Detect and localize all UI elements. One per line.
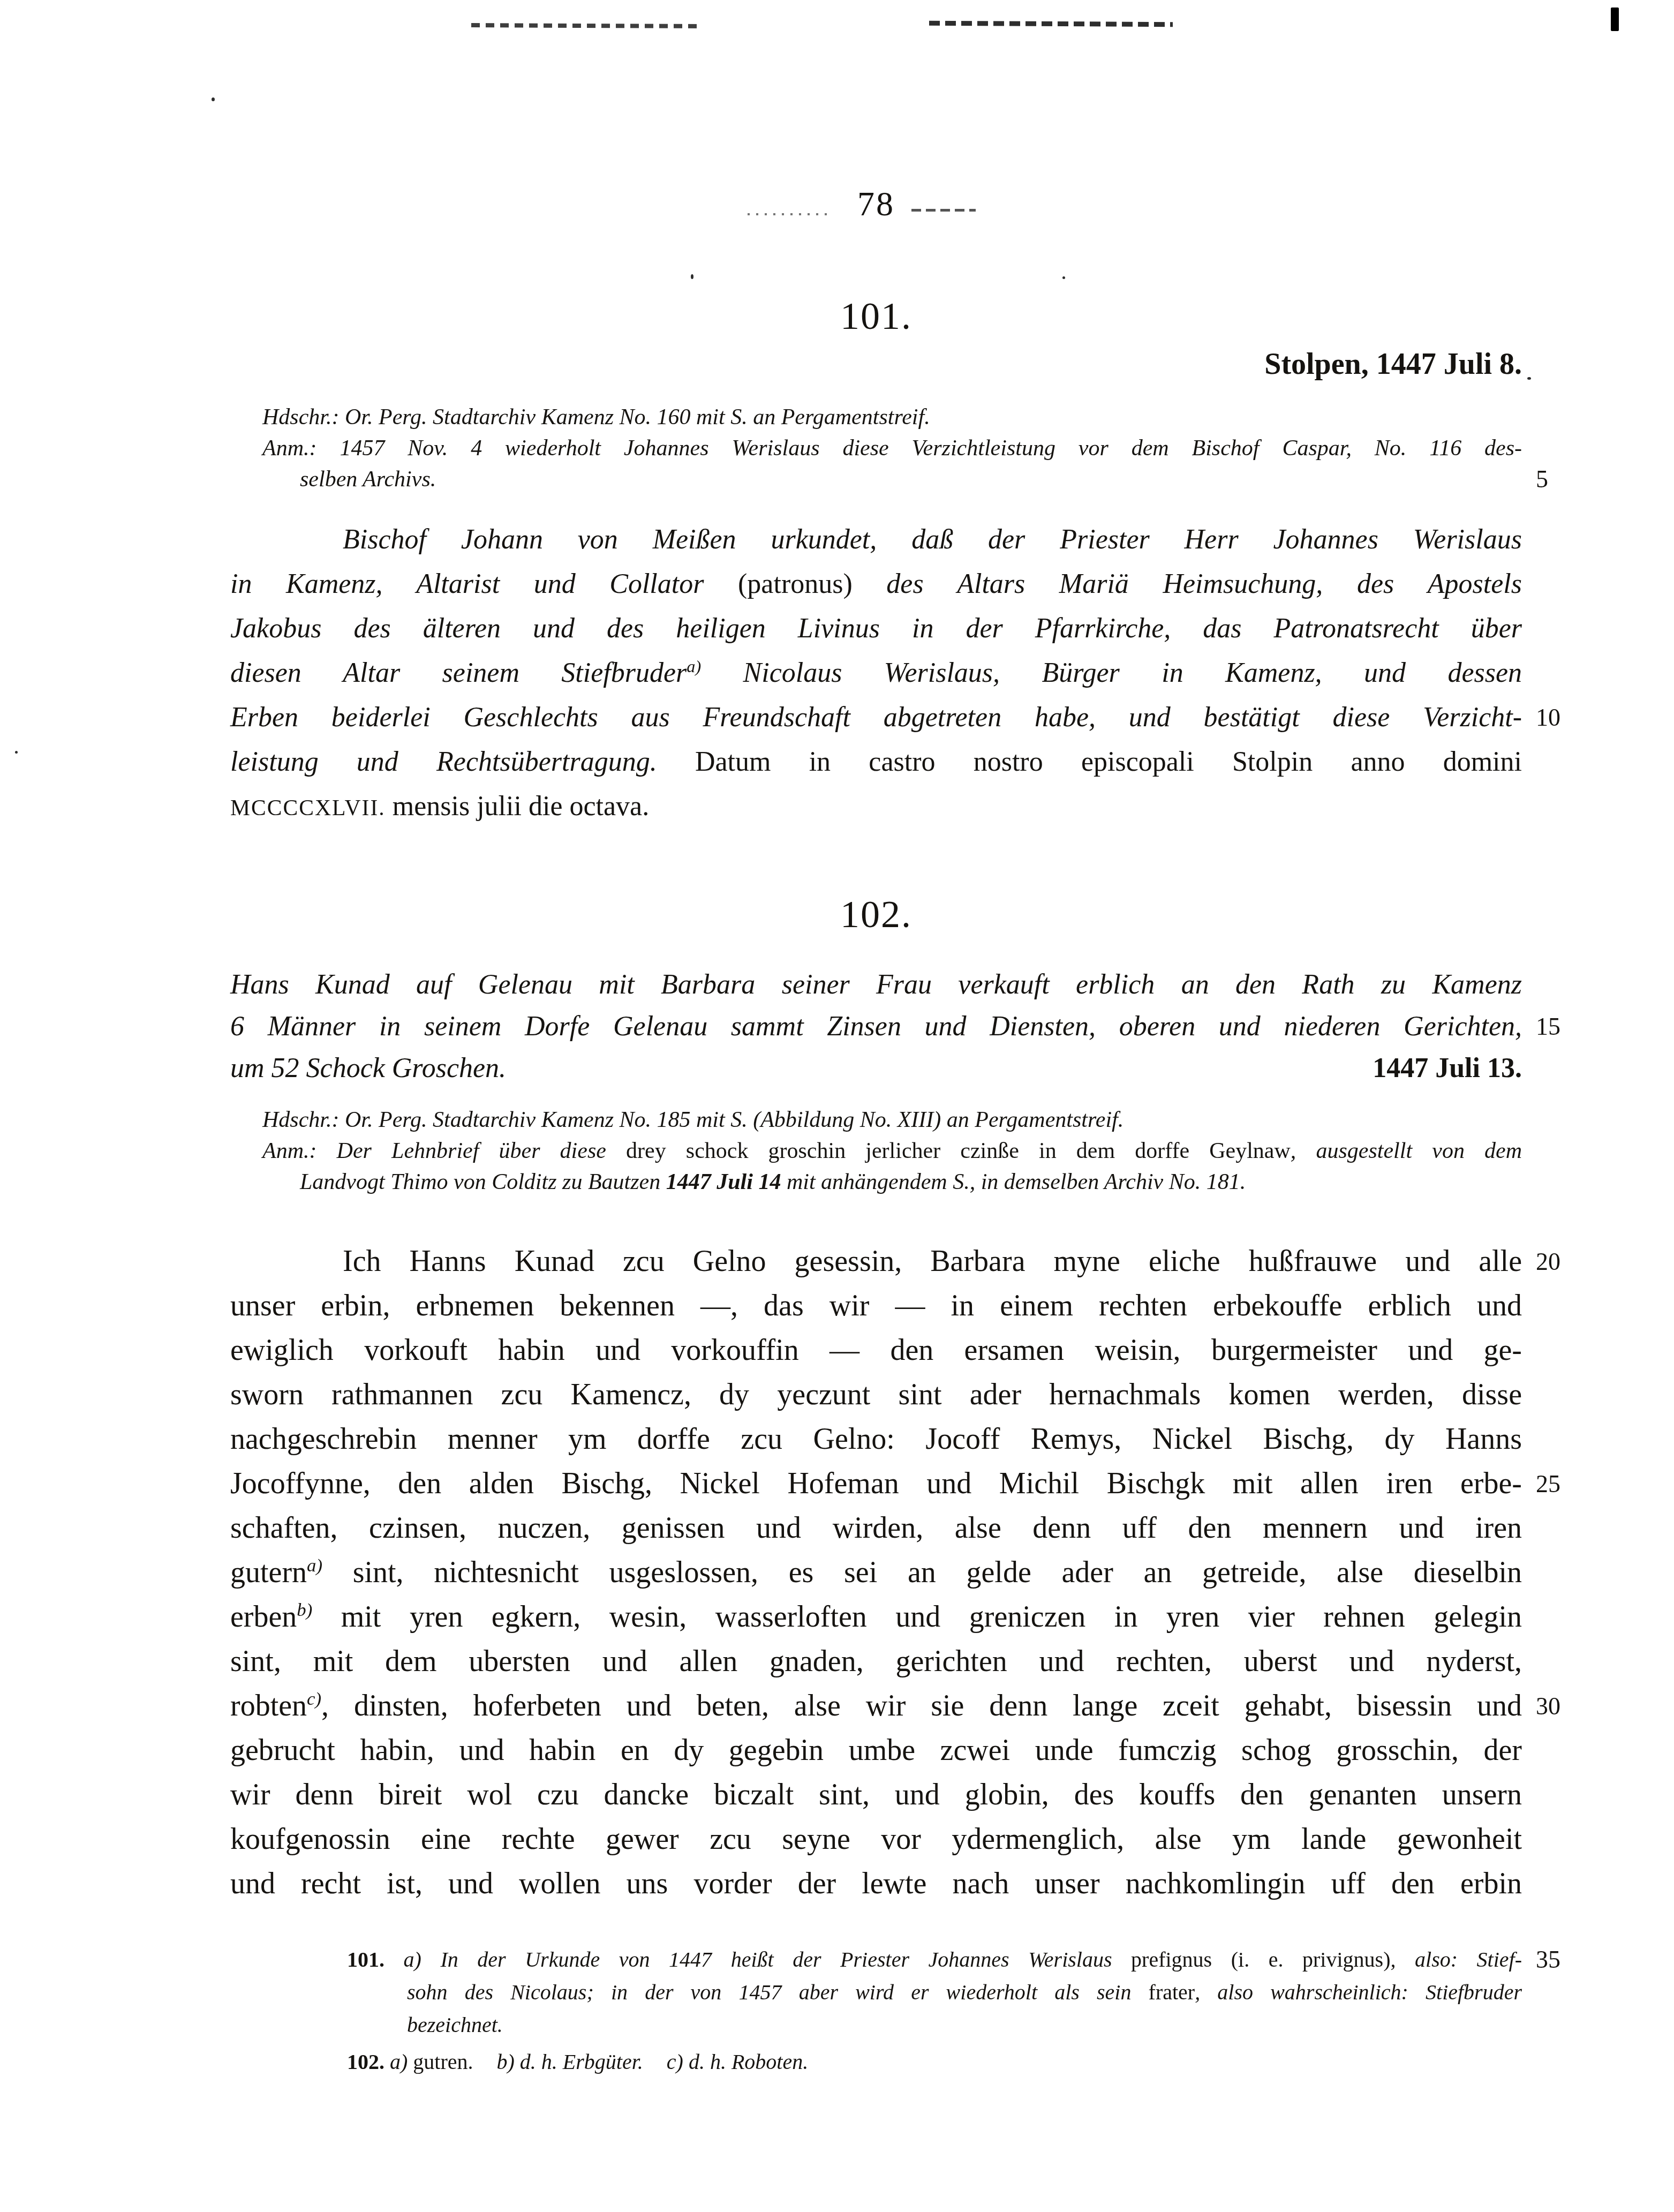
- entry-101-number: 101.: [230, 292, 1522, 340]
- hdschr-label: Hdschr.:: [262, 405, 340, 430]
- anm-label: Anm.:: [262, 436, 316, 461]
- charter-text: Ich Hanns Kunad zcu Gelno gesessin, Barb…: [230, 1239, 1522, 1906]
- regest-line: um 52 Schock Groschen. 1447 Juli 13.: [230, 1048, 1522, 1089]
- anm-line-continuation: selben Archivs. 5: [230, 464, 1522, 495]
- hdschr-label: Hdschr.:: [262, 1108, 340, 1132]
- hdschr-text: Or. Perg. Stadtarchiv Kamenz No. 185 mit…: [345, 1108, 1123, 1132]
- hdschr-text: Or. Perg. Stadtarchiv Kamenz No. 160 mit…: [345, 405, 930, 430]
- charter-text-line: koufgenossin eine rechte gewer zcu seyne…: [230, 1817, 1522, 1862]
- scan-artifact-smudge: [929, 21, 1173, 27]
- footnotes: 101. a) In der Urkunde von 1447 heißt de…: [230, 1943, 1522, 2078]
- hdschr-line: Hdschr.: Or. Perg. Stadtarchiv Kamenz No…: [230, 402, 1522, 433]
- regest-line: 6 Männer in seinem Dorfe Gelenau sammt Z…: [230, 1006, 1522, 1048]
- regest-line: diesen Altar seinem Stiefbrudera) Nicola…: [230, 651, 1522, 695]
- anm-line-continuation: Landvogt Thimo von Colditz zu Bautzen 14…: [230, 1167, 1522, 1198]
- hdschr-line: Hdschr.: Or. Perg. Stadtarchiv Kamenz No…: [230, 1104, 1522, 1135]
- anm-line: Anm.: 1457 Nov. 4 wiederholt Johannes We…: [230, 433, 1522, 464]
- margin-line-number: 10: [1536, 695, 1560, 740]
- margin-line-number: 5: [1536, 464, 1548, 495]
- footnote-102-label: 102.: [347, 2050, 384, 2074]
- scan-artifact-speck: [15, 751, 18, 754]
- charter-text-line: schaften, czinsen, nuczen, genissen und …: [230, 1506, 1522, 1551]
- regest-line: MCCCCXLVII. mensis julii die octava.: [230, 784, 1522, 830]
- footnote-101-line: 101. a) In der Urkunde von 1447 heißt de…: [230, 1943, 1522, 1976]
- anm-line: Anm.: Der Lehnbrief über diese drey scho…: [230, 1135, 1522, 1167]
- quoted-old-german: drey schock groschin jerlicher czinße in…: [626, 1139, 1291, 1163]
- margin-line-number: 35: [1536, 1943, 1560, 1976]
- charter-text-line: erbenb) mit yren egkern, wesin, wasserlo…: [230, 1595, 1522, 1639]
- variant-reading: gutren.: [413, 2050, 473, 2074]
- margin-line-number: 30: [1536, 1684, 1560, 1728]
- charter-text-line: wir denn bireit wol czu dancke biczalt s…: [230, 1773, 1522, 1817]
- anm-label: Anm.:: [262, 1139, 316, 1163]
- anm-text: selben Archivs.: [300, 467, 436, 492]
- scan-artifact-speck: [212, 97, 215, 101]
- latin-term: prefignus (i. e. privignus): [1131, 1947, 1390, 1972]
- margin-line-number: 20: [1536, 1239, 1560, 1284]
- regest-line: in Kamenz, Altarist und Collator (patron…: [230, 562, 1522, 606]
- footnote-marker: b): [297, 1599, 312, 1620]
- charter-text-line: gebrucht habin, und habin en dy gegebin …: [230, 1728, 1522, 1773]
- scan-artifact-speck: [691, 274, 693, 279]
- charter-text-line: Ich Hanns Kunad zcu Gelno gesessin, Barb…: [230, 1239, 1522, 1284]
- regest-line: Jakobus des älteren und des heiligen Liv…: [230, 606, 1522, 651]
- entry-101-apparatus: Hdschr.: Or. Perg. Stadtarchiv Kamenz No…: [230, 402, 1522, 495]
- margin-line-number: 25: [1536, 1462, 1560, 1506]
- regest-line: Erben beiderlei Geschlechts aus Freundsc…: [230, 695, 1522, 740]
- regest-line: Hans Kunad auf Gelenau mit Barbara seine…: [230, 964, 1522, 1006]
- footnote-102-line: 102. a) gutren. b) d. h. Erbgüter. c) d.…: [230, 2045, 1522, 2078]
- anm-date: 1447 Juli 14: [666, 1170, 781, 1194]
- scan-artifact-speck: [1527, 377, 1531, 380]
- charter-text-line: ewiglich vorkouft habin und vorkouffin —…: [230, 1328, 1522, 1373]
- entry-101-regest: Bischof Johann von Meißen urkundet, daß …: [230, 517, 1522, 830]
- entry-102-apparatus: Hdschr.: Or. Perg. Stadtarchiv Kamenz No…: [230, 1104, 1522, 1198]
- footnote-101-label: 101.: [347, 1947, 384, 1972]
- scan-artifact-smudge: [471, 23, 703, 28]
- latin-datum: Datum in castro nostro episcopali Stolpi…: [695, 747, 1522, 777]
- footnote-marker: c): [307, 1688, 321, 1709]
- entry-101-dateline: Stolpen, 1447 Juli 8.: [230, 343, 1522, 386]
- entry-102-regest: Hans Kunad auf Gelenau mit Barbara seine…: [230, 964, 1522, 1089]
- entry-102-dateline: 1447 Juli 13.: [1373, 1048, 1522, 1089]
- latin-term: (patronus): [738, 569, 853, 599]
- regest-line: Bischof Johann von Meißen urkundet, daß …: [230, 517, 1522, 562]
- charter-text-line: und recht ist, und wollen uns vorder der…: [230, 1862, 1522, 1906]
- anm-text: 1457 Nov. 4 wiederholt Johannes Werislau…: [340, 436, 1522, 461]
- regest-line: leistung und Rechtsübertragung. Datum in…: [230, 740, 1522, 784]
- charter-text-line: Jocoffynne, den alden Bischg, Nickel Hof…: [230, 1462, 1522, 1506]
- charter-text-line: sworn rathmannen zcu Kamencz, dy yeczunt…: [230, 1373, 1522, 1417]
- scan-artifact-speck: [1062, 276, 1065, 279]
- charter-text-line: sint, mit dem ubersten und allen gnaden,…: [230, 1639, 1522, 1684]
- charter-text-line: nachgeschrebin menner ym dorffe zcu Geln…: [230, 1417, 1522, 1462]
- footnote-101-line: bezeichnet.: [230, 2008, 1522, 2041]
- scan-artifact-bar: [1611, 7, 1619, 31]
- footnote-101-line: sohn des Nicolaus; in der von 1457 aber …: [230, 1976, 1522, 2008]
- charter-text-line: unser erbin, erbnemen bekennen —, das wi…: [230, 1284, 1522, 1328]
- entry-102-number: 102.: [230, 890, 1522, 938]
- charter-text-line: robtenc), dinsten, hoferbeten und beten,…: [230, 1684, 1522, 1728]
- roman-numeral-year: MCCCCXLVII.: [230, 795, 386, 820]
- footnote-marker: a): [687, 657, 701, 676]
- latin-term: frater: [1149, 1980, 1195, 2004]
- footnote-marker: a): [307, 1555, 322, 1576]
- page-number: 78: [230, 180, 1522, 228]
- charter-text-line: guterna) sint, nichtesnicht usgeslossen,…: [230, 1551, 1522, 1595]
- margin-line-number: 15: [1536, 1006, 1560, 1048]
- scanned-document-page: 78 101. Stolpen, 1447 Juli 8. Hdschr.: O…: [0, 0, 1674, 2212]
